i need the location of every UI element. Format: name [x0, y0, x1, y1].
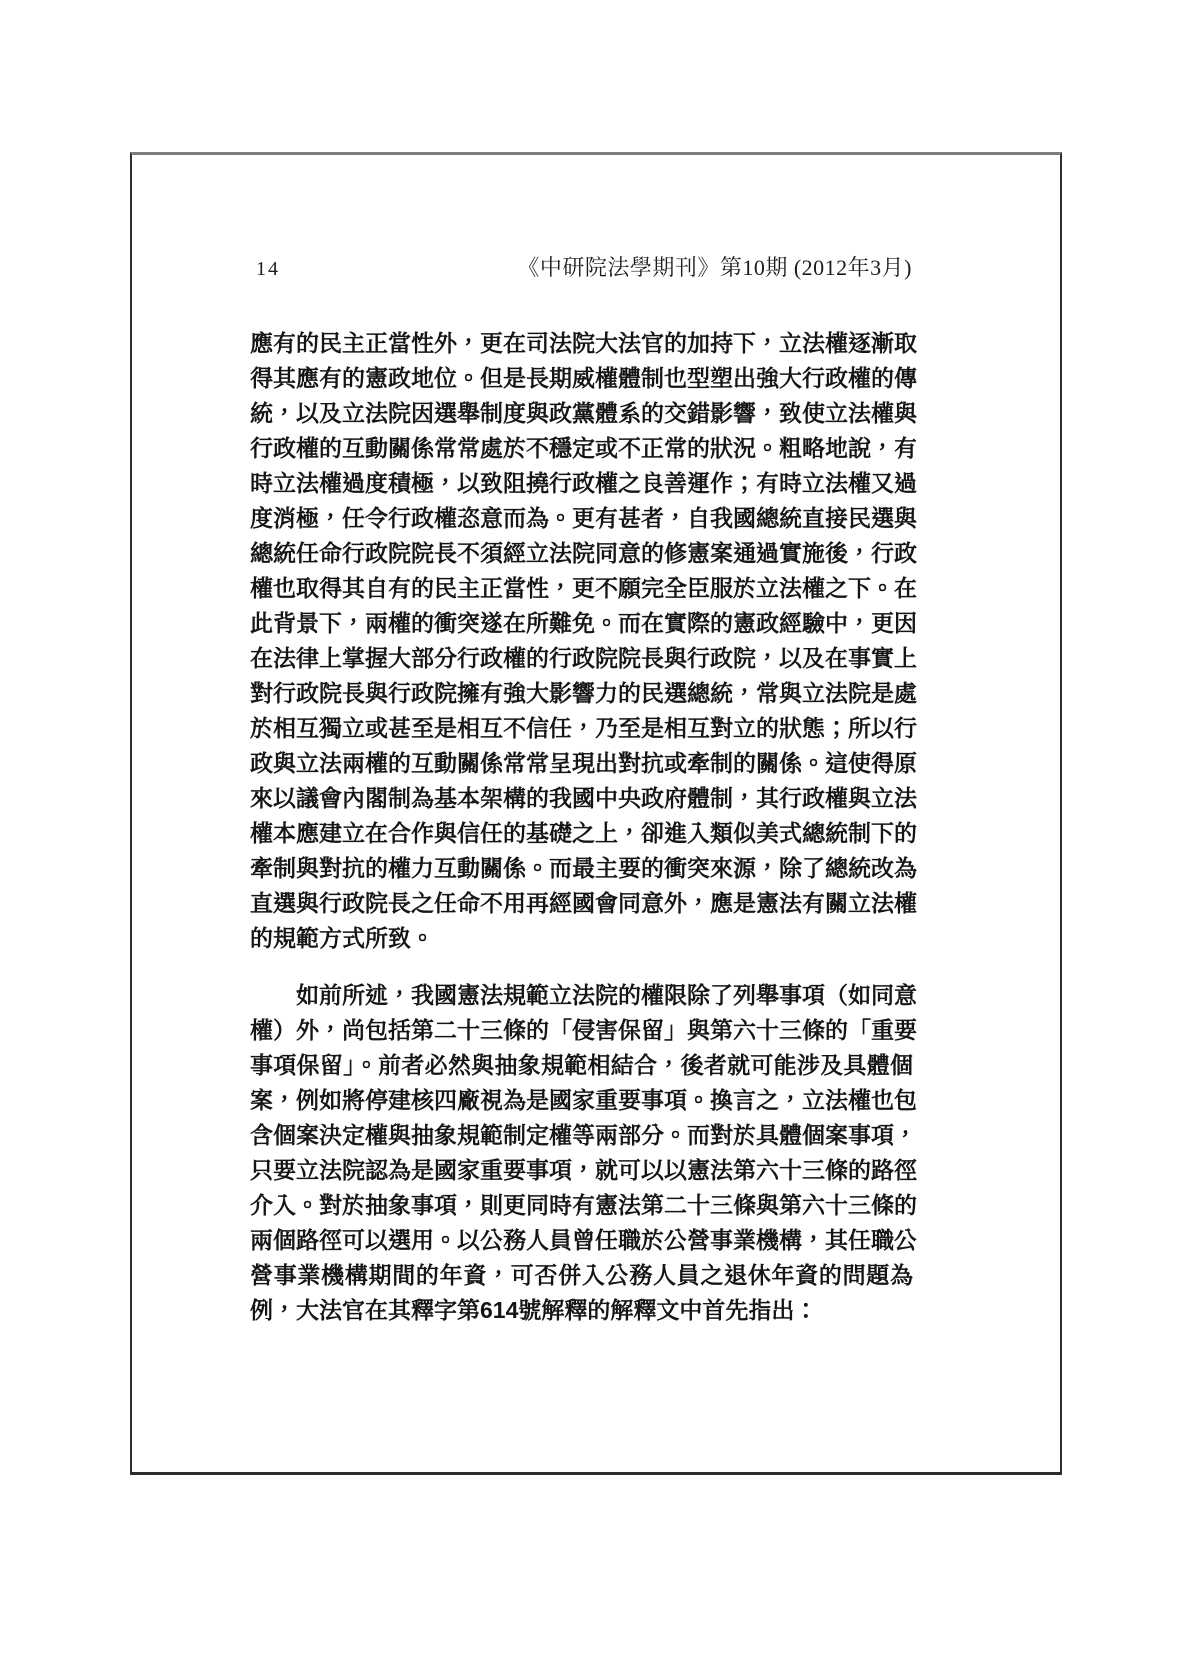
text-line: 權也取得其自有的民主正當性，更不願完全臣服於立法權之下。在 [250, 571, 913, 606]
scanned-journal-page: 14 《中研院法學期刊》第10期 (2012年3月) 應有的民主正當性外，更在司… [0, 0, 1177, 1664]
text-line: 時立法權過度積極，以致阻撓行政權之良善運作；有時立法權又過 [250, 466, 913, 501]
paragraph-2: 如前所述，我國憲法規範立法院的權限除了列舉事項（如同意權）外，尚包括第二十三條的… [250, 978, 913, 1328]
text-line: 度消極，任令行政權恣意而為。更有甚者，自我國總統直接民選與 [250, 501, 913, 536]
text-line: 介入。對於抽象事項，則更同時有憲法第二十三條與第六十三條的 [250, 1188, 913, 1223]
paragraph-1: 應有的民主正當性外，更在司法院大法官的加持下，立法權逐漸取得其應有的憲政地位。但… [250, 326, 913, 956]
text-line: 於相互獨立或甚至是相互不信任，乃至是相互對立的狀態；所以行 [250, 711, 913, 746]
text-line: 直選與行政院長之任命不用再經國會同意外，應是憲法有關立法權 [250, 886, 913, 921]
text-line: 對行政院長與行政院擁有強大影響力的民選總統，常與立法院是處 [250, 676, 913, 711]
text-line: 事項保留」。前者必然與抽象規範相結合，後者就可能涉及具體個 [250, 1048, 913, 1083]
text-line: 政與立法兩權的互動關係常常呈現出對抗或牽制的關係。這使得原 [250, 746, 913, 781]
article-body: 應有的民主正當性外，更在司法院大法官的加持下，立法權逐漸取得其應有的憲政地位。但… [250, 326, 913, 1328]
page-number: 14 [256, 258, 280, 281]
text-line: 權）外，尚包括第二十三條的「侵害保留」與第六十三條的「重要 [250, 1013, 913, 1048]
text-line: 營事業機構期間的年資，可否併入公務人員之退休年資的問題為 [250, 1258, 913, 1293]
text-line: 得其應有的憲政地位。但是長期威權體制也型塑出強大行政權的傳 [250, 361, 913, 396]
journal-citation: 《中研院法學期刊》第10期 (2012年3月) [517, 251, 912, 282]
text-line: 來以議會內閣制為基本架構的我國中央政府體制，其行政權與立法 [250, 781, 913, 816]
text-line: 牽制與對抗的權力互動關係。而最主要的衝突來源，除了總統改為 [250, 851, 913, 886]
text-line: 例，大法官在其釋字第614號解釋的解釋文中首先指出： [250, 1293, 913, 1328]
text-line: 行政權的互動關係常常處於不穩定或不正常的狀況。粗略地說，有 [250, 431, 913, 466]
text-line: 如前所述，我國憲法規範立法院的權限除了列舉事項（如同意 [250, 978, 913, 1013]
text-line: 統，以及立法院因選舉制度與政黨體系的交錯影響，致使立法權與 [250, 396, 913, 431]
text-line: 案，例如將停建核四廠視為是國家重要事項。換言之，立法權也包 [250, 1083, 913, 1118]
text-line: 在法律上掌握大部分行政權的行政院院長與行政院，以及在事實上 [250, 641, 913, 676]
text-line: 的規範方式所致。 [250, 921, 913, 956]
text-line: 應有的民主正當性外，更在司法院大法官的加持下，立法權逐漸取 [250, 326, 913, 361]
text-line: 含個案決定權與抽象規範制定權等兩部分。而對於具體個案事項， [250, 1118, 913, 1153]
running-header: 14 《中研院法學期刊》第10期 (2012年3月) [256, 251, 912, 282]
text-line: 兩個路徑可以選用。以公務人員曾任職於公營事業機構，其任職公 [250, 1223, 913, 1258]
text-line: 此背景下，兩權的衝突遂在所難免。而在實際的憲政經驗中，更因 [250, 606, 913, 641]
text-line: 權本應建立在合作與信任的基礎之上，卻進入類似美式總統制下的 [250, 816, 913, 851]
page-frame: 14 《中研院法學期刊》第10期 (2012年3月) 應有的民主正當性外，更在司… [130, 152, 1062, 1475]
text-line: 總統任命行政院院長不須經立法院同意的修憲案通過實施後，行政 [250, 536, 913, 571]
text-line: 只要立法院認為是國家重要事項，就可以以憲法第六十三條的路徑 [250, 1153, 913, 1188]
